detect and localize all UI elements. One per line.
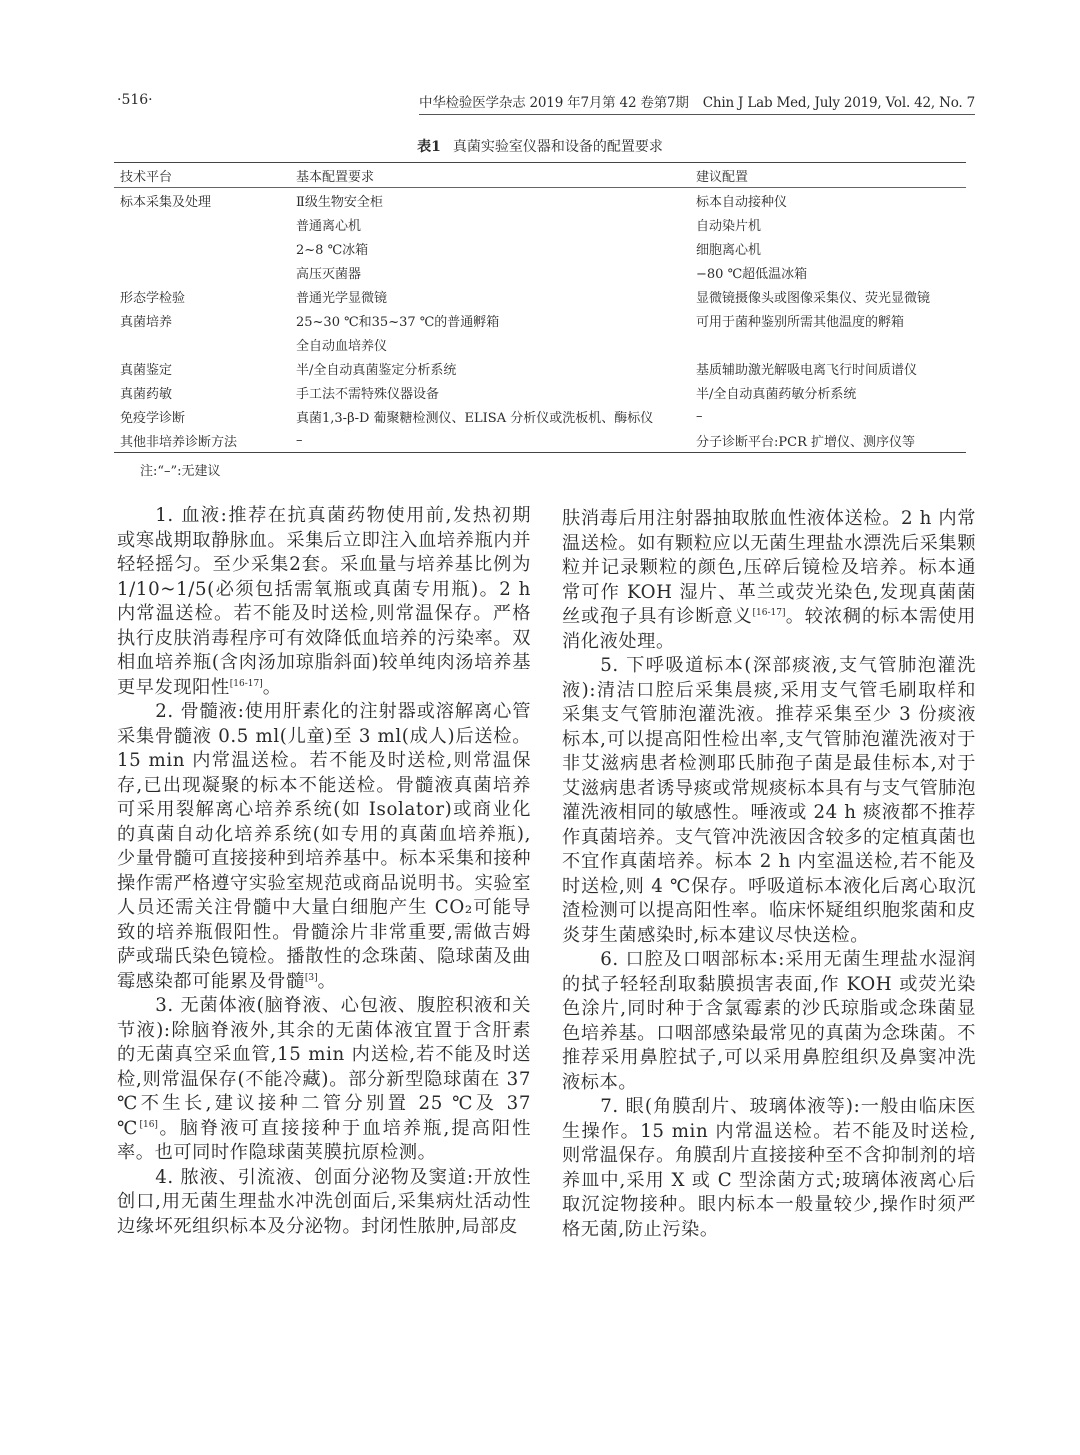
table-row: 真菌鉴定半/全自动真菌鉴定分析系统基质辅助激光解吸电离飞行时间质谱仪 [114, 356, 966, 380]
table-cell: 全自动血培养仪 [290, 332, 690, 356]
table-cell: 高压灭菌器 [290, 260, 690, 284]
table-row: 真菌培养25~30 ℃和35~37 ℃的普通孵箱可用于菌种鉴别所需其他温度的孵箱 [114, 308, 966, 332]
table-caption: 表1真菌实验室仪器和设备的配置要求 [0, 136, 1080, 156]
table-cell: 分子诊断平台:PCR 扩增仪、测序仪等 [690, 428, 966, 453]
page-number: ·516· [117, 92, 153, 108]
table-cell: 真菌药敏 [114, 380, 290, 404]
table-cell: 25~30 ℃和35~37 ℃的普通孵箱 [290, 308, 690, 332]
table-cell: 普通光学显微镜 [290, 284, 690, 308]
table-cell: −80 ℃超低温冰箱 [690, 260, 966, 284]
table-cell: 半/全自动真菌药敏分析系统 [690, 380, 966, 404]
paragraph-text: 4. 脓液、引流液、创面分泌物及窦道:开放性创口,用无菌生理盐水冲洗创面后,采集… [117, 1167, 531, 1237]
table-cell: 普通离心机 [290, 212, 690, 236]
right-column: 肤消毒后用注射器抽取脓血性液体送检。2 h 内常温送检。如有颗粒应以无菌生理盐水… [562, 507, 976, 1242]
table-title: 真菌实验室仪器和设备的配置要求 [453, 139, 663, 155]
table-header-row: 技术平台 基本配置要求 建议配置 [114, 163, 966, 188]
table-row: 普通离心机自动染片机 [114, 212, 966, 236]
table-cell: 标本自动接种仪 [690, 188, 966, 213]
table-note: 注:“–”:无建议 [140, 460, 221, 479]
table-cell: 真菌1,3-β-D 葡聚糖检测仪、ELISA 分析仪或洗板机、酶标仪 [290, 404, 690, 428]
table-cell: 2~8 ℃冰箱 [290, 236, 690, 260]
journal-title-en: Chin J Lab Med, July 2019, Vol. 42, No. … [703, 95, 975, 111]
paragraph-text: 7. 眼(角膜刮片、玻璃体液等):一般由临床医生操作。15 min 内常温送检。… [562, 1096, 976, 1240]
citation: [16] [139, 1120, 157, 1130]
table-row: 其他非培养诊断方法–分子诊断平台:PCR 扩增仪、测序仪等 [114, 428, 966, 453]
table-row: 真菌药敏手工法不需特殊仪器设备半/全自动真菌药敏分析系统 [114, 380, 966, 404]
table-cell: 标本采集及处理 [114, 188, 290, 213]
table-cell: 自动染片机 [690, 212, 966, 236]
paragraph-tail: 。脑脊液可直接接种于血培养瓶,提高阳性率。也可同时作隐球菌荚膜抗原检测。 [117, 1118, 531, 1164]
table-cell: 真菌鉴定 [114, 356, 290, 380]
paragraph-sterile-fluid: 3. 无菌体液(脑脊液、心包液、腹腔积液和关节液):除脑脊液外,其余的无菌体液宜… [117, 994, 531, 1166]
paragraph-text: 2. 骨髓液:使用肝素化的注射器或溶解离心管采集骨髓液 0.5 ml(儿童)至 … [117, 701, 531, 992]
table-cell: 形态学检验 [114, 284, 290, 308]
paragraph-text: 5. 下呼吸道标本(深部痰液,支气管肺泡灌洗液):清洁口腔后采集晨痰,采用支气管… [562, 655, 976, 946]
table-cell: – [690, 404, 966, 428]
config-table: 技术平台 基本配置要求 建议配置 标本采集及处理Ⅱ级生物安全柜标本自动接种仪 普… [114, 162, 966, 453]
table-cell [114, 332, 290, 356]
paragraph-eye: 7. 眼(角膜刮片、玻璃体液等):一般由临床医生操作。15 min 内常温送检。… [562, 1095, 976, 1242]
table-cell: Ⅱ级生物安全柜 [290, 188, 690, 213]
table-cell: 真菌培养 [114, 308, 290, 332]
running-head: 中华检验医学杂志 2019 年7月第 42 卷第7期Chin J Lab Med… [419, 91, 975, 115]
paragraph-tail: 。 [263, 677, 282, 698]
table-cell: 半/全自动真菌鉴定分析系统 [290, 356, 690, 380]
table-row: 形态学检验普通光学显微镜显微镜摄像头或图像采集仪、荧光显微镜 [114, 284, 966, 308]
table-cell [114, 212, 290, 236]
table-label: 表1 [417, 139, 441, 155]
table-cell [690, 332, 966, 356]
table-cell: 其他非培养诊断方法 [114, 428, 290, 453]
table-cell: – [290, 428, 690, 453]
table-cell: 显微镜摄像头或图像采集仪、荧光显微镜 [690, 284, 966, 308]
paragraph-text: 1. 血液:推荐在抗真菌药物使用前,发热初期或寒战期取静脉血。采集后立即注入血培… [117, 505, 531, 698]
paragraph-pus: 4. 脓液、引流液、创面分泌物及窦道:开放性创口,用无菌生理盐水冲洗创面后,采集… [117, 1166, 531, 1240]
column-header: 技术平台 [114, 163, 290, 188]
citation: [16-17] [230, 679, 263, 689]
paragraph-lower-respiratory: 5. 下呼吸道标本(深部痰液,支气管肺泡灌洗液):清洁口腔后采集晨痰,采用支气管… [562, 654, 976, 948]
column-header: 建议配置 [690, 163, 966, 188]
paragraph-text: 6. 口腔及口咽部标本:采用无菌生理盐水湿润的拭子轻轻刮取黏膜损害表面,作 KO… [562, 949, 976, 1093]
paragraph-blood: 1. 血液:推荐在抗真菌药物使用前,发热初期或寒战期取静脉血。采集后立即注入血培… [117, 504, 531, 700]
table-cell: 细胞离心机 [690, 236, 966, 260]
citation: [16-17] [753, 608, 786, 618]
table-row: 标本采集及处理Ⅱ级生物安全柜标本自动接种仪 [114, 188, 966, 213]
left-column: 1. 血液:推荐在抗真菌药物使用前,发热初期或寒战期取静脉血。采集后立即注入血培… [117, 504, 531, 1239]
table-cell: 手工法不需特殊仪器设备 [290, 380, 690, 404]
table-row: 高压灭菌器−80 ℃超低温冰箱 [114, 260, 966, 284]
citation: [3] [305, 973, 318, 983]
paragraph-tail: 。 [318, 971, 337, 992]
table-cell: 基质辅助激光解吸电离飞行时间质谱仪 [690, 356, 966, 380]
table-row: 2~8 ℃冰箱细胞离心机 [114, 236, 966, 260]
table-row: 免疫学诊断真菌1,3-β-D 葡聚糖检测仪、ELISA 分析仪或洗板机、酶标仪– [114, 404, 966, 428]
table-cell [114, 260, 290, 284]
column-header: 基本配置要求 [290, 163, 690, 188]
table-row: 全自动血培养仪 [114, 332, 966, 356]
table-cell [114, 236, 290, 260]
paragraph-pus-continued: 肤消毒后用注射器抽取脓血性液体送检。2 h 内常温送检。如有颗粒应以无菌生理盐水… [562, 507, 976, 654]
journal-title-cn: 中华检验医学杂志 2019 年7月第 42 卷第7期 [419, 95, 689, 111]
paragraph-oral: 6. 口腔及口咽部标本:采用无菌生理盐水湿润的拭子轻轻刮取黏膜损害表面,作 KO… [562, 948, 976, 1095]
table-cell: 免疫学诊断 [114, 404, 290, 428]
table-cell: 可用于菌种鉴别所需其他温度的孵箱 [690, 308, 966, 332]
paragraph-bone-marrow: 2. 骨髓液:使用肝素化的注射器或溶解离心管采集骨髓液 0.5 ml(儿童)至 … [117, 700, 531, 994]
